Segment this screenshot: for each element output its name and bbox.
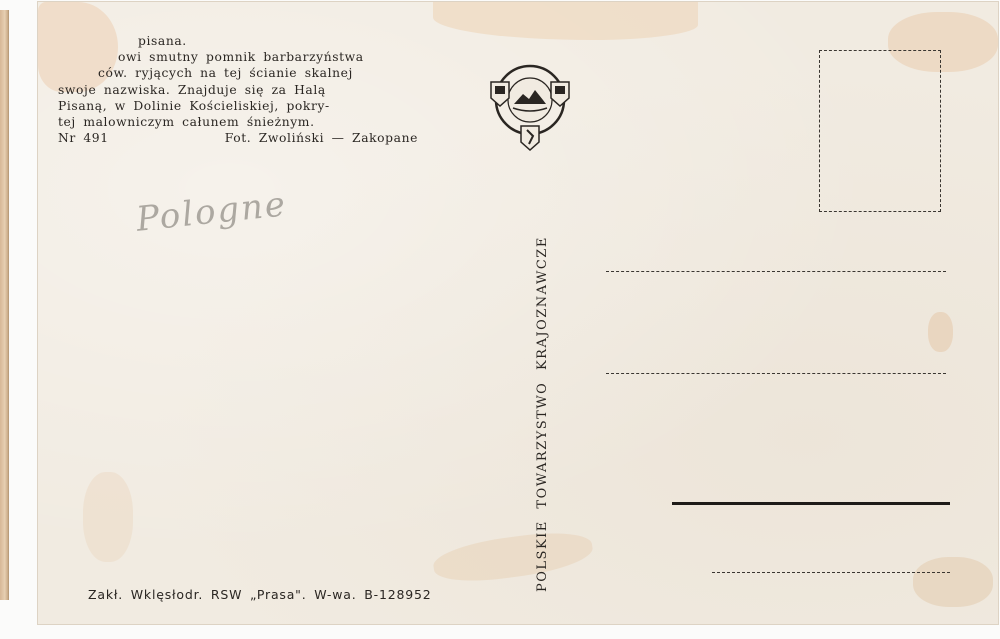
address-line bbox=[606, 373, 946, 374]
paper-stain bbox=[928, 312, 953, 352]
caption-footer: Nr 491 Fot. Zwoliński — Zakopane bbox=[58, 130, 418, 146]
address-line bbox=[672, 502, 950, 505]
paper-stain bbox=[431, 526, 595, 588]
adjacent-postcard-edge bbox=[0, 10, 9, 600]
photo-credit: Fot. Zwoliński — Zakopane bbox=[225, 130, 418, 146]
printer-imprint: Zakł. Wklęsłodr. RSW „Prasa". W-wa. B-12… bbox=[88, 587, 431, 602]
pttk-emblem-icon bbox=[483, 60, 578, 152]
postcard-back: pisana. owi smutny pomnik barbarzyństwa … bbox=[38, 2, 998, 624]
caption-line: pisana. bbox=[58, 33, 478, 49]
caption-line: tej malowniczym całunem śnieżnym. bbox=[58, 114, 478, 130]
card-number: Nr 491 bbox=[58, 130, 109, 146]
address-line bbox=[712, 572, 950, 573]
caption-line: ców. ryjących na tej ścianie skalnej bbox=[58, 65, 478, 81]
paper-stain bbox=[913, 557, 993, 607]
caption-line: swoje nazwiska. Znajduje się za Halą bbox=[58, 82, 478, 98]
stamp-placeholder bbox=[819, 50, 941, 212]
paper-stain bbox=[83, 472, 133, 562]
caption-line: Pisaną, w Dolinie Kościeliskiej, pokry- bbox=[58, 98, 478, 114]
handwritten-note: Pologne bbox=[134, 184, 288, 240]
address-line bbox=[606, 271, 946, 272]
publisher-name: POLSKIE TOWARZYSTWO KRAJOZNAWCZE bbox=[535, 172, 550, 592]
photo-caption: pisana. owi smutny pomnik barbarzyństwa … bbox=[58, 33, 478, 146]
caption-line: owi smutny pomnik barbarzyństwa bbox=[58, 49, 478, 65]
